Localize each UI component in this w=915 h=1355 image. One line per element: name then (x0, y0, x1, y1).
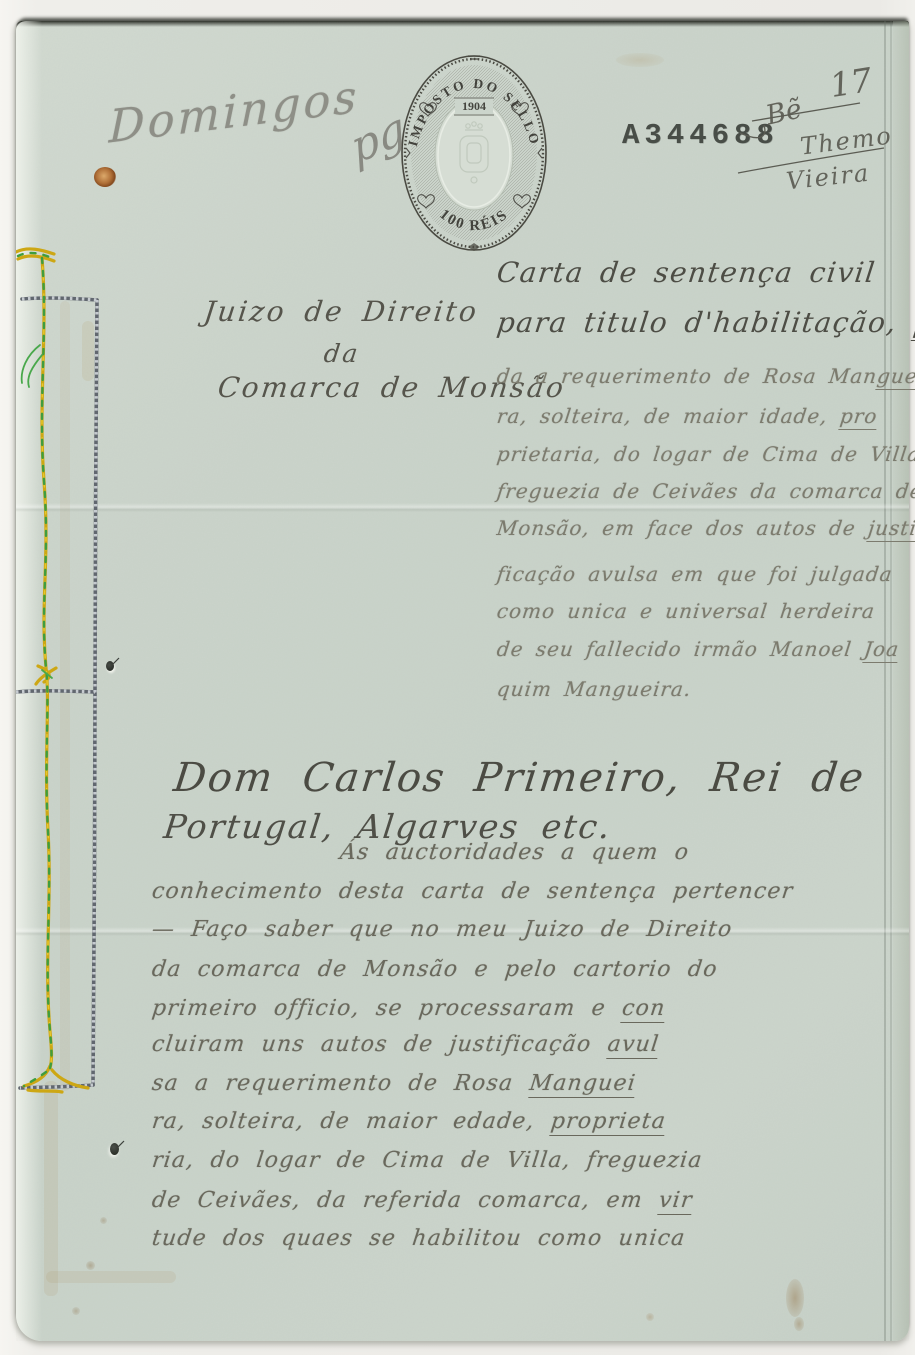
right-fold-strip (893, 21, 909, 1341)
foxing-dot-2 (100, 1217, 107, 1224)
corner-note-line2: Themo (799, 121, 895, 160)
right-fold-line (884, 21, 886, 1341)
body-line: cluiram uns autos de justificação avul (150, 1032, 660, 1057)
stain-streak-vertical (60, 301, 70, 1091)
revenue-stamp: 1904 IMPOSTO DO SELLO 100 RÉIS (398, 52, 550, 254)
scanner-background: { "document": { "pencil": { "name": "Dom… (0, 0, 915, 1355)
body-line: conhecimento desta carta de sentença per… (150, 879, 794, 904)
body-line: de Ceivães, da referida comarca, em vir (150, 1188, 694, 1213)
body-line: — Faço saber que no meu Juizo de Direito (150, 917, 734, 942)
stamp-embossed-window (435, 100, 513, 210)
body-line: ria, do logar de Cima de Villa, freguezi… (150, 1148, 704, 1173)
stain-blob-right (786, 1279, 804, 1317)
stain-dot-right (794, 1317, 804, 1331)
body-line: Ás auctoridades a quem o (338, 840, 690, 865)
foxing-dot-3 (72, 1307, 80, 1315)
pin-hole-wisps (112, 658, 124, 1149)
court-heading-line2: da (322, 339, 361, 368)
corner-note-line3: Vieira (785, 159, 872, 196)
stamp-top-ornament (468, 56, 480, 59)
title-line: freguezia de Ceivães da comarca de (496, 479, 915, 503)
court-heading-line1: Juizo de Direito (202, 295, 481, 328)
stain-smudge-top (616, 53, 664, 67)
horizontal-crease (16, 503, 909, 512)
right-fold-line-2 (890, 21, 892, 1341)
title-line: prietaria, do logar de Cima de Villa, (496, 442, 915, 466)
body-line: primeiro officio, se processaram e con (150, 996, 667, 1021)
stamp-year: 1904 (462, 99, 486, 113)
title-line: Carta de sentença civil (495, 256, 878, 289)
left-fold-highlight (16, 21, 42, 1341)
pin-hole-top (106, 661, 114, 671)
serial-number: A344688 (622, 119, 779, 152)
corner-note-line1: Bẽ (763, 93, 805, 131)
title-line: da a requerimento de Rosa Manguei (496, 364, 915, 388)
body-line: sa a requerimento de Rosa Manguei (150, 1071, 637, 1096)
body-line: tude dos quaes se habilitou como unica (150, 1226, 687, 1251)
stain-bar-bottom (46, 1271, 176, 1283)
title-line: Monsão, em face dos autos de justi (496, 516, 915, 540)
pin-hole-bottom (110, 1143, 119, 1155)
pencil-name-annotation: Domingos (108, 69, 359, 153)
rust-fastener-stain (94, 167, 116, 187)
body-line: ra, solteira, de maior edade, proprieta (150, 1109, 667, 1134)
body-line: da comarca de Monsão e pelo cartorio do (150, 957, 719, 982)
royal-heading-line1: Dom Carlos Primeiro, Rei de (171, 755, 868, 801)
title-line: como unica e universal herdeira (496, 599, 877, 623)
foxing-dot-1 (86, 1261, 95, 1270)
title-line: de seu fallecido irmão Manoel Joa (496, 637, 901, 661)
stain-streak-top (82, 321, 94, 381)
title-line: ficação avulsa em que foi julgada (496, 562, 895, 586)
document-page: 1904 IMPOSTO DO SELLO 100 RÉIS A344688 D… (16, 21, 909, 1341)
title-line: quim Mangueira. (496, 677, 693, 701)
title-line: para titulo d'habilitação, passa (495, 306, 915, 339)
title-line: ra, solteira, de maior idade, pro (496, 404, 879, 428)
corner-note-number: 17 (827, 60, 875, 105)
stain-dot (646, 1313, 654, 1321)
stain-streak-bottom (44, 1081, 58, 1296)
